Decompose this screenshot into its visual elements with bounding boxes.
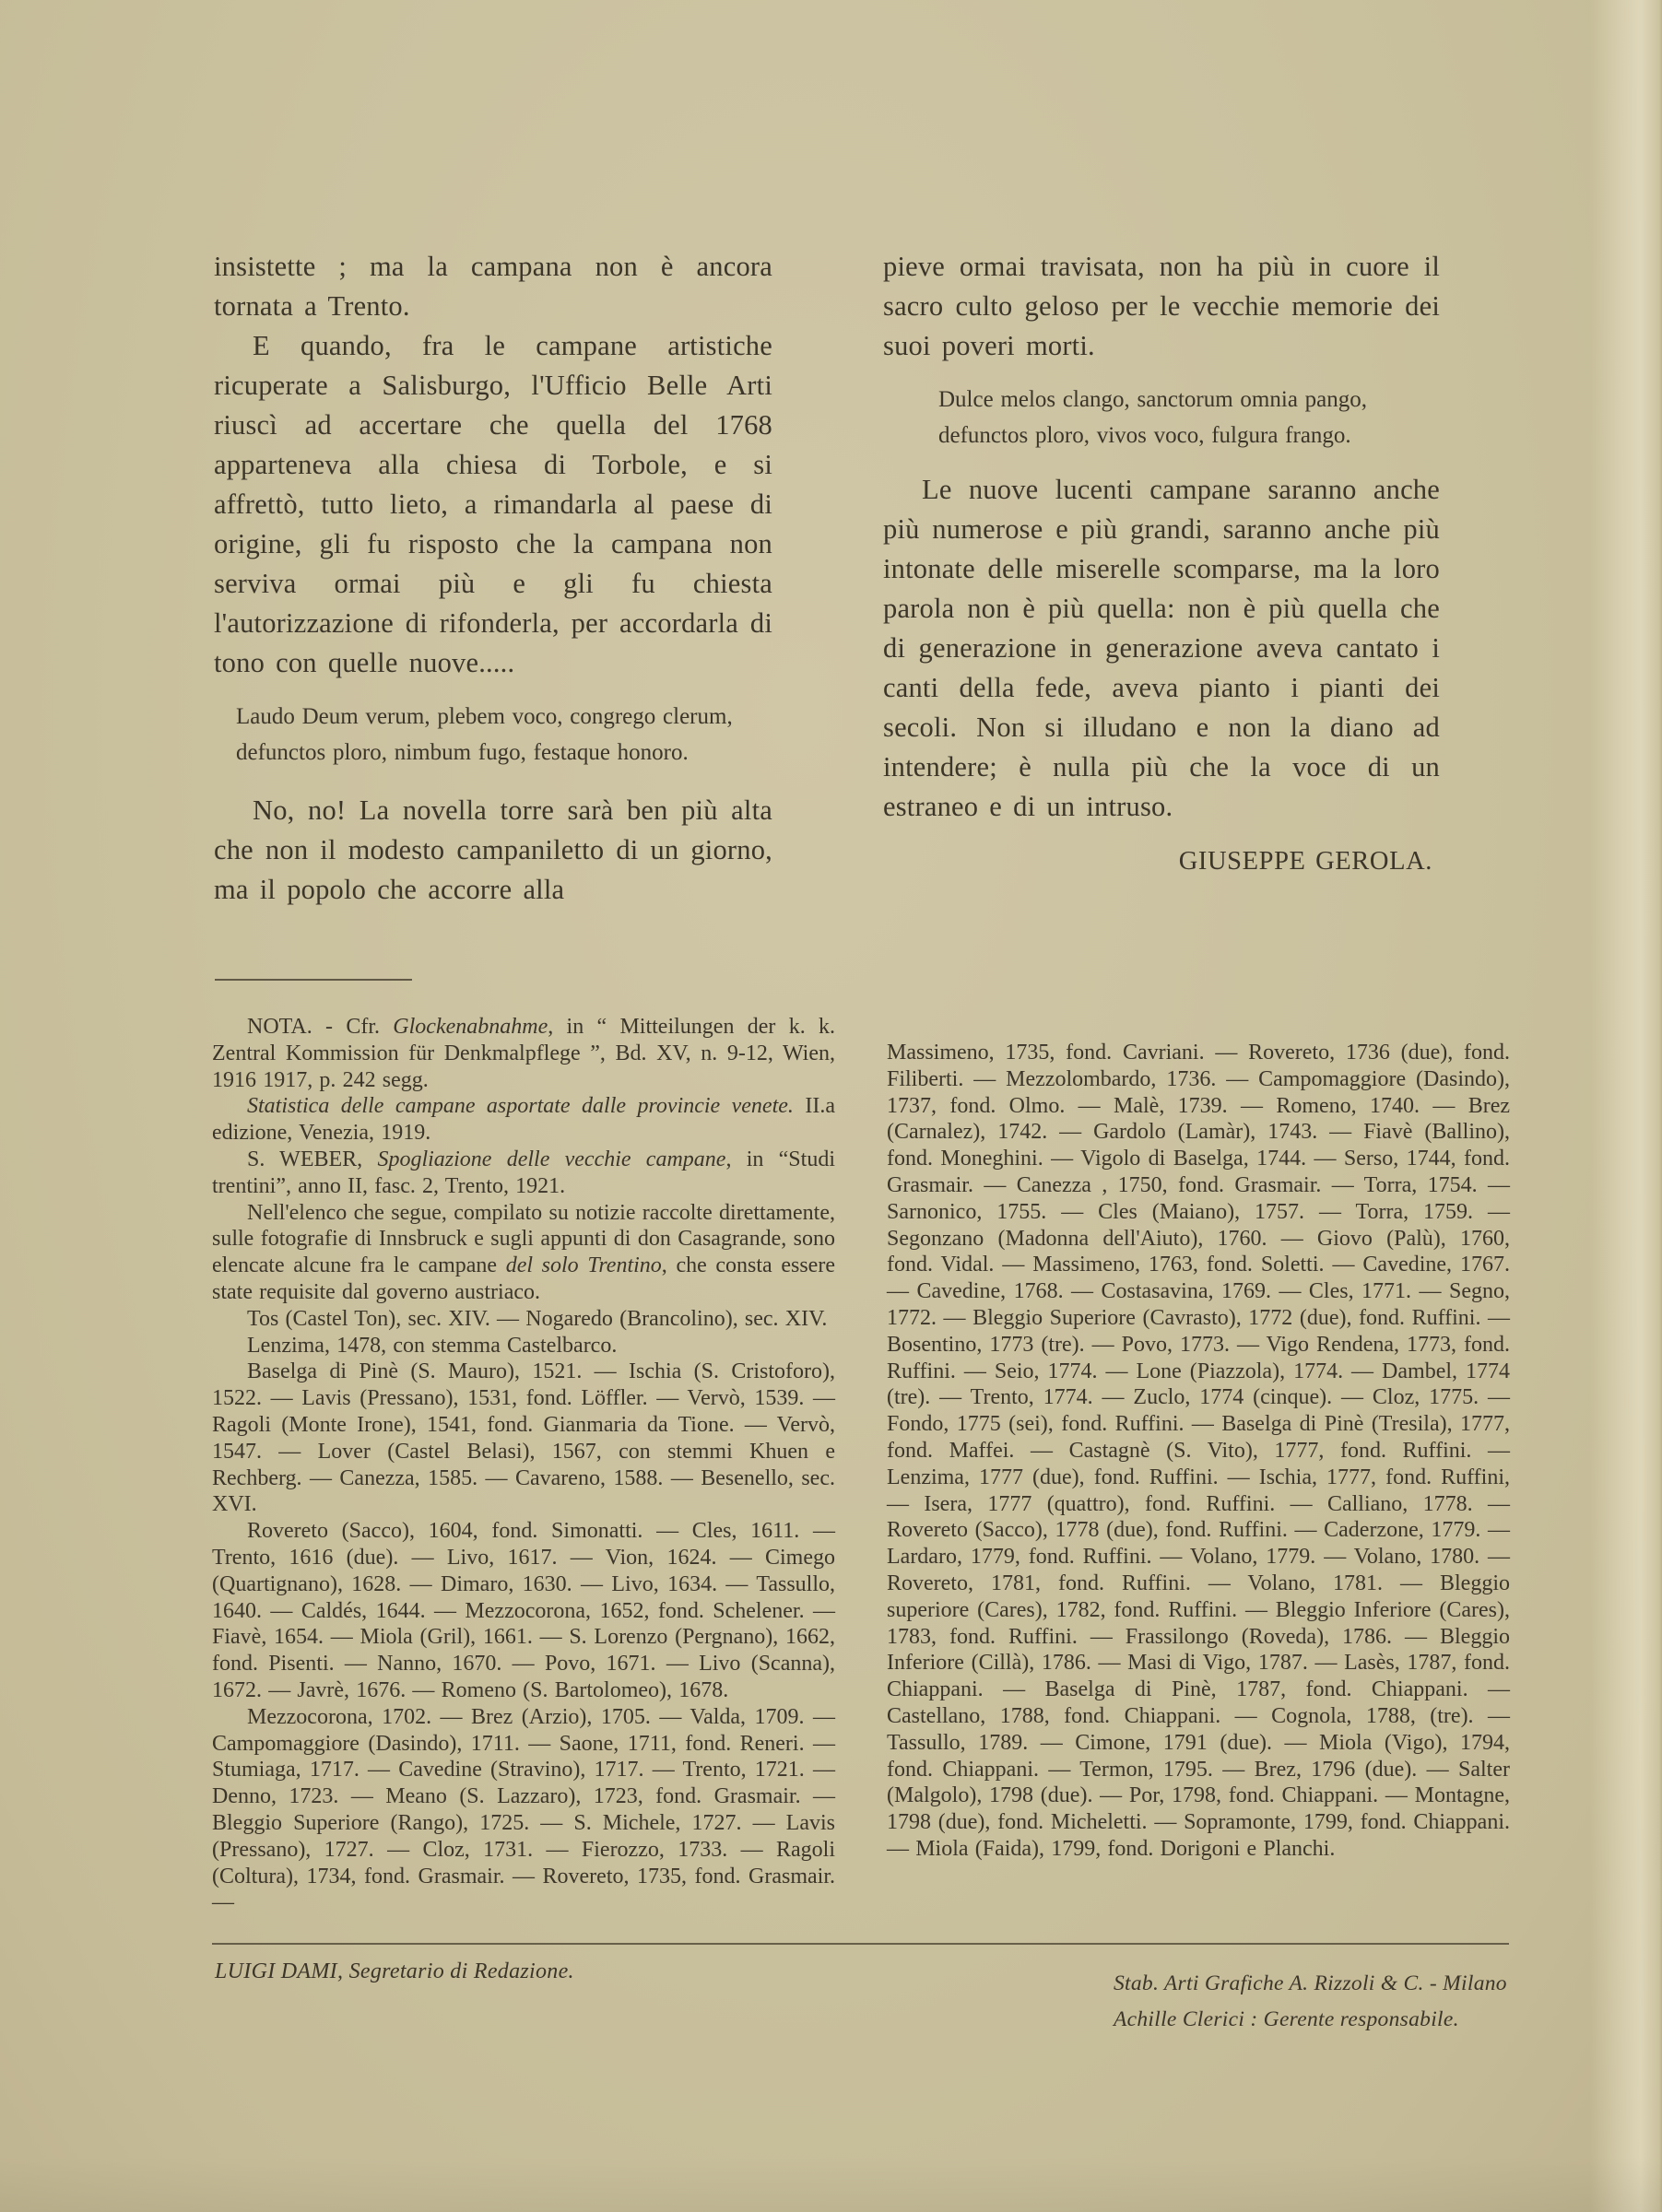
- nota-left-column: NOTA. - Cfr. Glockenabnahme, in “ Mittei…: [212, 1014, 835, 1916]
- scanned-page: insistette ; ma la campana non è ancora …: [0, 0, 1662, 2212]
- printer-credit-line: Stab. Arti Grafiche A. Rizzoli & C. - Mi…: [1114, 1966, 1507, 2002]
- bell-list-entry: Rovereto (Sacco), 1604, fond. Simonatti.…: [212, 1518, 835, 1704]
- paragraph: No, no! La novella torre sarà ben più al…: [214, 791, 772, 910]
- article-left-column: insistette ; ma la campana non è ancora …: [214, 247, 772, 910]
- page-bottom-shade: [0, 2157, 1662, 2212]
- nota-text-italic: Glockenabnahme: [393, 1015, 548, 1039]
- latin-verse-line: defunctos ploro, vivos voco, fulgura fra…: [938, 418, 1440, 453]
- nota-right-column: Massimeno, 1735, fond. Cavriani. — Rover…: [887, 1040, 1510, 1863]
- section-divider: [215, 979, 412, 981]
- nota-text: S. WEBER,: [247, 1147, 377, 1171]
- page-edge-highlight: [1590, 0, 1662, 2212]
- editor-credit: LUIGI DAMI, Segretario di Redazione.: [215, 1959, 574, 1984]
- paragraph: pieve ormai travisata, non ha più in cuo…: [883, 247, 1440, 366]
- nota-reference: NOTA. - Cfr. Glockenabnahme, in “ Mittei…: [212, 1014, 835, 1093]
- nota-reference: Statistica delle campane asportate dalle…: [212, 1093, 835, 1147]
- bell-list-entry: Mezzocorona, 1702. — Brez (Arzio), 1705.…: [212, 1704, 835, 1916]
- nota-text: NOTA. - Cfr.: [247, 1015, 393, 1039]
- latin-verse-line: Laudo Deum verum, plebem voco, congrego …: [236, 699, 772, 735]
- footer-divider: [212, 1943, 1509, 1945]
- latin-verse: Dulce melos clango, sanctorum omnia pang…: [938, 382, 1440, 453]
- paragraph: E quando, fra le campane artistiche ricu…: [214, 326, 772, 683]
- bell-list-entry: Tos (Castel Ton), sec. XIV. — Nogaredo (…: [212, 1306, 835, 1333]
- author-signature: GIUSEPPE GEROLA.: [883, 841, 1432, 881]
- latin-verse-line: Dulce melos clango, sanctorum omnia pang…: [938, 382, 1440, 418]
- latin-verse-line: defunctos ploro, nimbum fugo, festaque h…: [236, 735, 772, 771]
- bell-list-entry: Baselga di Pinè (S. Mauro), 1521. — Isch…: [212, 1359, 835, 1518]
- printer-credit-line: Achille Clerici : Gerente responsabile.: [1114, 2002, 1507, 2038]
- bell-list-entry: Lenzima, 1478, con stemma Castelbarco.: [212, 1333, 835, 1359]
- nota-text-italic: Statistica delle campane asportate dalle…: [247, 1094, 794, 1118]
- paragraph: Le nuove lucenti campane saranno anche p…: [883, 470, 1440, 827]
- nota-intro: Nell'elenco che segue, compilato su noti…: [212, 1200, 835, 1306]
- printer-credit: Stab. Arti Grafiche A. Rizzoli & C. - Mi…: [1114, 1966, 1507, 2038]
- nota-text-italic: del solo Trentino: [506, 1253, 662, 1277]
- nota-text-italic: Spogliazione delle vecchie campane: [377, 1147, 725, 1171]
- article-right-column: pieve ormai travisata, non ha più in cuo…: [883, 247, 1440, 881]
- latin-verse: Laudo Deum verum, plebem voco, congrego …: [236, 699, 772, 771]
- nota-reference: S. WEBER, Spogliazione delle vecchie cam…: [212, 1147, 835, 1200]
- bell-list-continuation: Massimeno, 1735, fond. Cavriani. — Rover…: [887, 1040, 1510, 1863]
- paragraph: insistette ; ma la campana non è ancora …: [214, 247, 772, 326]
